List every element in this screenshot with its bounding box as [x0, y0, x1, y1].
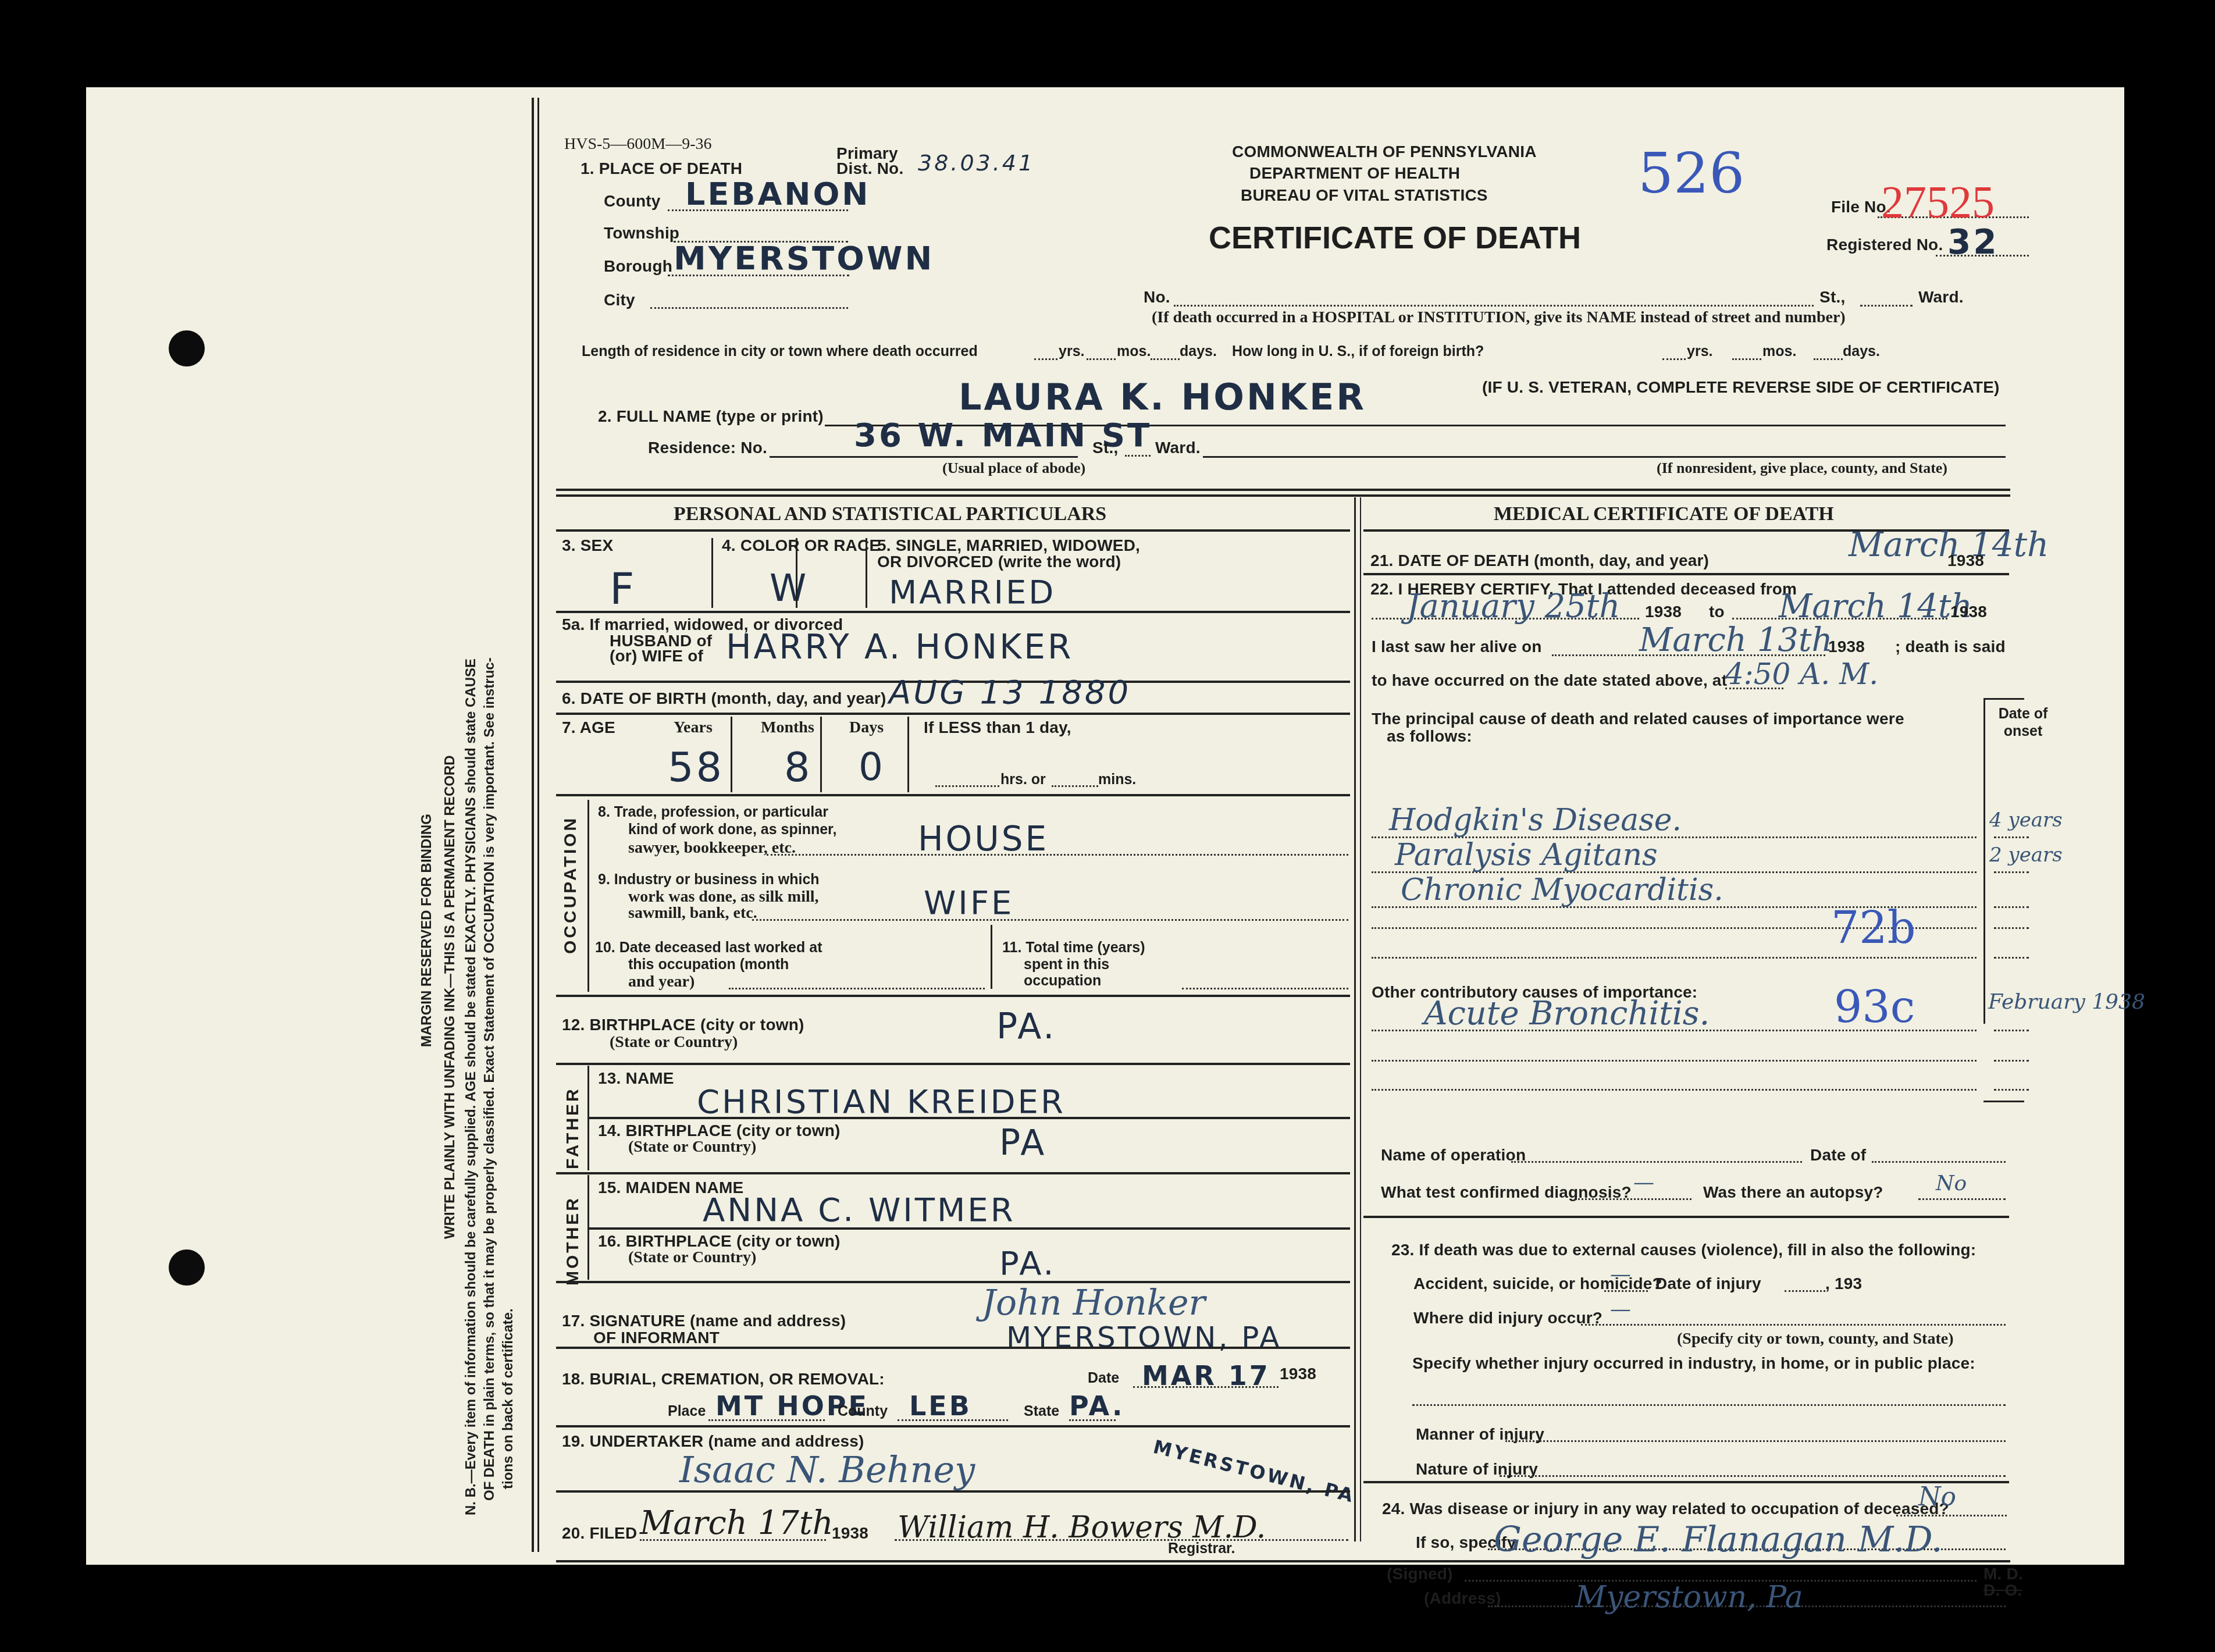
operation-label: Name of operation: [1381, 1146, 1526, 1165]
county-label: County: [604, 192, 661, 211]
where-injury-line: [1581, 1324, 2006, 1326]
rule-lastworked-totaltime: [991, 925, 992, 989]
binding-hole-bottom: [169, 1249, 205, 1286]
industry-value: WIFE: [924, 884, 1014, 922]
autopsy-line: [1918, 1198, 2006, 1200]
rule-after-dob: [556, 713, 1350, 715]
burial-county-label: County: [838, 1403, 888, 1420]
margin-nb-line2: OF DEATH in plain terms, so that it may …: [482, 657, 498, 1501]
margin-binding-note: MARGIN RESERVED FOR BINDING: [419, 814, 435, 1047]
cause-onset: 2 years: [1989, 843, 2063, 867]
mother-birthplace-value: PA.: [999, 1245, 1056, 1283]
nonresident-note: (If nonresident, give place, county, and…: [1657, 460, 1947, 477]
dist-no-value: 38.03.41: [918, 150, 1035, 176]
burial-label: 18. BURIAL, CREMATION, OR REMOVAL:: [562, 1370, 885, 1388]
onset-column-top: [1983, 698, 2024, 700]
section-double-rule-1: [556, 489, 2010, 491]
test-value: —: [1633, 1170, 1654, 1194]
last-saw-year: 1938: [1828, 638, 1865, 656]
township-label: Township: [604, 224, 679, 243]
section-double-rule-2: [556, 494, 2010, 497]
address-no-line: [1174, 305, 1814, 307]
cause-label-2: as follows:: [1387, 727, 1472, 746]
signed-label: (Signed): [1387, 1565, 1453, 1583]
rule-after-birthplace: [556, 1063, 1350, 1065]
address-ward-label: Ward.: [1918, 288, 1964, 307]
last-worked-label-2: this occupation (month: [628, 956, 789, 973]
us-mos-line: [1732, 358, 1761, 360]
address-no-label: No.: [1144, 288, 1170, 307]
onset-label: Date of onset: [1997, 705, 2049, 740]
mother-birthplace-label-2: (State or Country): [628, 1248, 756, 1267]
informant-label-2: OF INFORMANT: [593, 1329, 720, 1347]
external-causes-label: 23. If death was due to external causes …: [1391, 1241, 1976, 1259]
res-days-line: [1151, 358, 1180, 360]
registered-no-label: Registered No.: [1826, 236, 1943, 254]
onset-line-4: [1994, 927, 2029, 929]
injury-date-label: Date of injury: [1655, 1274, 1761, 1293]
other-onset-line-1: [1994, 1030, 2029, 1031]
address-st-label: St.,: [1819, 288, 1845, 307]
us-days-label: days.: [1843, 343, 1880, 360]
margin-ink-note: WRITE PLAINLY WITH UNFADING INK—THIS IS …: [442, 755, 458, 1239]
autopsy-label: Was there an autopsy?: [1703, 1183, 1883, 1202]
occurred-label: to have occurred on the date stated abov…: [1372, 671, 1727, 690]
res-mos-line: [1087, 358, 1116, 360]
undertaker-address: MYERSTOWN, PA: [1151, 1436, 1358, 1507]
death-year: 1938: [1947, 551, 1984, 570]
onset-column-rule: [1983, 698, 1985, 1024]
filed-value: March 17th: [640, 1504, 834, 1542]
informant-signature: John Honker: [982, 1283, 1205, 1323]
filed-year: 1938: [832, 1524, 868, 1543]
center-divider: [1354, 497, 1356, 1541]
injury-place-line: [1412, 1404, 2006, 1406]
industry-label-3: sawmill, bank, etc.: [628, 904, 757, 923]
birthplace-label-1: 12. BIRTHPLACE (city or town): [562, 1016, 804, 1034]
county-value: LEBANON: [685, 176, 871, 212]
binding-hole-top: [169, 330, 205, 366]
burial-place-label: Place: [668, 1403, 706, 1420]
less-than-day-label: If LESS than 1 day,: [924, 718, 1071, 737]
months-value: 8: [784, 743, 813, 791]
abode-note: (Usual place of abode): [942, 460, 1085, 477]
margin-rule-2: [537, 98, 539, 1552]
father-birthplace-label-2: (State or Country): [628, 1138, 756, 1156]
race-value: W: [770, 567, 809, 610]
personal-section-title: PERSONAL AND STATISTICAL PARTICULARS: [674, 503, 1106, 525]
rule-race-marital: [796, 538, 797, 608]
mins-line: [1052, 785, 1098, 787]
last-saw-value: March 13th: [1639, 621, 1833, 659]
registered-no-value: 32: [1947, 222, 1999, 262]
agency-line2: DEPARTMENT OF HEALTH: [1249, 164, 1460, 183]
hospital-note: (If death occurred in a HOSPITAL or INST…: [1152, 308, 1846, 327]
cause-label-1: The principal cause of death and related…: [1372, 710, 1904, 728]
burial-county-value: LEB: [909, 1390, 972, 1422]
header-title: CERTIFICATE OF DEATH: [1209, 220, 1581, 256]
rule-after-age: [556, 794, 1350, 796]
burial-year: 1938: [1280, 1365, 1316, 1383]
us-mos-label: mos.: [1762, 343, 1796, 360]
hrs-line: [935, 785, 999, 787]
rule-after-burial: [556, 1425, 1350, 1427]
rule-after-occupation: [556, 995, 1350, 997]
total-time-label-1: 11. Total time (years): [1002, 939, 1145, 956]
father-side-label: FATHER: [563, 1087, 583, 1169]
accident-line: [1604, 1290, 1648, 1292]
other-onset-value: February 1938: [1988, 990, 2145, 1014]
attended-to-year: 1938: [1950, 603, 1987, 621]
industry-line: [752, 919, 1348, 921]
other-line-1: [1372, 1030, 1977, 1031]
us-yrs-line: [1662, 358, 1686, 360]
dob-value: AUG 13 1880: [889, 674, 1131, 711]
last-worked-label-1: 10. Date deceased last worked at: [595, 939, 822, 956]
burial-state-value: PA.: [1069, 1390, 1124, 1422]
us-yrs-label: yrs.: [1687, 343, 1712, 360]
injury-year: , 193: [1825, 1274, 1862, 1293]
rule-years-months: [731, 717, 732, 792]
last-worked-label-3: and year): [628, 973, 695, 991]
margin-nb-line3: tions on back of certificate.: [500, 1308, 517, 1489]
form-code: HVS-5—600M—9-36: [564, 135, 712, 154]
rule-after-father: [556, 1172, 1350, 1174]
birthplace-value: PA.: [996, 1006, 1056, 1047]
mother-name-value: ANNA C. WITMER: [703, 1191, 1016, 1229]
full-name-label: 2. FULL NAME (type or print): [598, 407, 824, 426]
registrar-label: Registrar.: [1168, 1540, 1235, 1557]
age-label: 7. AGE: [562, 718, 615, 737]
total-time-label-3: occupation: [1024, 973, 1101, 989]
residence-line: [770, 456, 1078, 458]
foreign-birth-label: How long in U. S., if of foreign birth?: [1232, 343, 1484, 360]
residence-ward-value-line: [1203, 456, 2006, 458]
veteran-note: (IF U. S. VETERAN, COMPLETE REVERSE SIDE…: [1482, 378, 2000, 397]
rule-after-death-date: [1363, 573, 2009, 575]
time-value: 4:50 A. M.: [1725, 657, 1878, 691]
marital-value: MARRIED: [889, 574, 1056, 611]
center-divider-2: [1360, 497, 1361, 1541]
onset-line: [1994, 906, 2029, 908]
death-said-label: ; death is said: [1895, 638, 2006, 656]
cause-text: Paralysis Agitans: [1395, 838, 1658, 873]
rule-mother-mid: [587, 1227, 1350, 1230]
rule-after-mother: [556, 1281, 1350, 1283]
spouse-value: HARRY A. HONKER: [726, 627, 1073, 667]
agency-line1: COMMONWEALTH OF PENNSYLVANIA: [1232, 143, 1537, 161]
spouse-label-3: (or) WIFE of: [610, 647, 703, 665]
onset-line-5: [1994, 957, 2029, 959]
address-ward-line: [1860, 305, 1913, 307]
rule-after-sex: [556, 611, 1350, 613]
dob-label: 6. DATE OF BIRTH (month, day, and year): [562, 689, 886, 708]
hrs-label: hrs. or: [1000, 771, 1046, 788]
death-date-label: 21. DATE OF DEATH (month, day, and year): [1370, 551, 1709, 570]
father-name-label: 13. NAME: [598, 1069, 674, 1088]
borough-value: MYERSTOWN: [674, 240, 934, 277]
rule-personal-top: [556, 529, 1350, 532]
other-onset-line-2: [1994, 1060, 2029, 1062]
full-name-value: LAURA K. HONKER: [959, 376, 1366, 418]
city-line: [650, 307, 848, 309]
cause-line-5: [1372, 957, 1977, 959]
cause-text: Hodgkin's Disease.: [1389, 803, 1682, 838]
filed-label: 20. FILED: [562, 1524, 637, 1543]
onset-line: [1994, 836, 2029, 838]
autopsy-value: No: [1936, 1172, 1967, 1195]
years-label: Years: [674, 718, 713, 737]
cause-code-2: 93c: [1834, 981, 1915, 1032]
manner-line: [1505, 1440, 2006, 1442]
specify-note: (Specify city or town, county, and State…: [1677, 1330, 1953, 1348]
city-label: City: [604, 291, 635, 309]
rule-months-days: [820, 717, 822, 792]
attended-from-year: 1938: [1645, 603, 1682, 621]
operation-date-line: [1872, 1161, 2006, 1163]
marital-label-2: OR DIVORCED (write the word): [877, 553, 1121, 571]
father-birthplace-value: PA: [999, 1123, 1046, 1163]
res-days-label: days.: [1180, 343, 1217, 360]
physician-address: Myerstown, Pa: [1575, 1580, 1803, 1615]
total-time-label-2: spent in this: [1024, 956, 1109, 973]
other-line-3: [1372, 1089, 1977, 1091]
margin-rule: [532, 98, 534, 1552]
rule-after-informant: [556, 1347, 1350, 1349]
res-yrs-line: [1034, 358, 1057, 360]
margin-nb-line1: N. B.—Every item of information should b…: [463, 658, 479, 1515]
nature-line: [1500, 1475, 2006, 1477]
burial-date-value: MAR 17: [1142, 1360, 1270, 1391]
occupation-side-label: OCCUPATION: [561, 816, 581, 954]
medical-section-title: MEDICAL CERTIFICATE OF DEATH: [1494, 503, 1834, 525]
rule-father-mid: [587, 1117, 1350, 1119]
sex-value: F: [610, 564, 637, 614]
accident-value: —: [1610, 1262, 1631, 1286]
rule-bottom: [556, 1560, 2010, 1562]
trade-line: [767, 854, 1348, 856]
informant-label-1: 17. SIGNATURE (name and address): [562, 1312, 846, 1330]
undertaker-signature: Isaac N. Behney: [679, 1448, 975, 1491]
other-line-2: [1372, 1060, 1977, 1062]
res-yrs-label: yrs.: [1059, 343, 1084, 360]
informant-address: MYERSTOWN, PA: [1006, 1320, 1281, 1354]
rule-after-autopsy: [1363, 1216, 2009, 1218]
rule-after-undertaker: [556, 1490, 1350, 1493]
occupation-related-value: No: [1918, 1482, 1956, 1512]
where-injury-value: —: [1610, 1297, 1631, 1321]
birthplace-label-2: (State or Country): [610, 1033, 738, 1052]
industry-label-1: 9. Industry or business in which: [598, 871, 820, 888]
cause-onset: 4 years: [1989, 809, 2063, 832]
residence-length-label: Length of residence in city or town wher…: [582, 343, 978, 360]
sex-label: 3. SEX: [562, 536, 613, 555]
res-mos-label: mos.: [1117, 343, 1151, 360]
total-time-line: [1182, 988, 1348, 989]
mins-label: mins.: [1098, 771, 1136, 788]
trade-value: HOUSE: [918, 819, 1049, 859]
injury-date-line: [1785, 1290, 1825, 1292]
cause-code-1: 72b: [1831, 902, 1915, 953]
occupation-bracket: [587, 800, 589, 992]
cause-text: Chronic Myocarditis.: [1401, 873, 1723, 907]
months-label: Months: [761, 718, 814, 737]
residence-ward-label: Ward.: [1155, 439, 1201, 457]
us-days-line: [1814, 358, 1843, 360]
occupation-related-line: [1896, 1515, 2007, 1516]
occupation-related-label: 24. Was disease or injury in any way rel…: [1382, 1500, 1949, 1518]
attended-to-value: March 14th: [1779, 588, 1972, 625]
trade-label-1: 8. Trade, profession, or particular: [598, 804, 828, 821]
years-value: 58: [668, 743, 724, 791]
residence-st-label: St.,: [1092, 439, 1118, 457]
physician-signature: George E. Flanagan M.D.: [1494, 1519, 1943, 1560]
stamp-number: 526: [1638, 141, 1744, 206]
attended-to-label: to: [1709, 603, 1725, 621]
last-saw-label: I last saw her alive on: [1372, 638, 1542, 656]
do-label: D. O.: [1983, 1581, 2022, 1600]
injury-place-label: Specify whether injury occurred in indus…: [1412, 1354, 1975, 1373]
file-no-value: 27525: [1881, 176, 1995, 228]
trade-label-2: kind of work done, as spinner,: [628, 821, 836, 838]
registrar-signature: William H. Bowers M.D.: [898, 1510, 1266, 1545]
operation-line: [1511, 1161, 1802, 1163]
other-onset-line-3: [1994, 1089, 2029, 1091]
onset-column-bottom: [1983, 1101, 2024, 1102]
rule-sex-race: [711, 538, 713, 608]
father-name-value: CHRISTIAN KREIDER: [697, 1083, 1066, 1121]
borough-label: Borough: [604, 257, 672, 276]
last-worked-line: [729, 988, 985, 989]
days-value: 0: [859, 745, 885, 789]
agency-line3: BUREAU OF VITAL STATISTICS: [1241, 186, 1488, 205]
residence-ward-line: [1125, 455, 1151, 457]
burial-date-label: Date: [1088, 1370, 1119, 1387]
attended-from-value: January 25th: [1406, 588, 1620, 625]
days-label: Days: [849, 718, 884, 737]
rule-days-less: [907, 717, 909, 792]
rule-race-marital-2: [866, 538, 867, 608]
onset-line: [1994, 871, 2029, 873]
rule-after-nature: [1363, 1481, 2009, 1483]
race-label: 4. COLOR OR RACE: [722, 536, 880, 555]
certificate-paper: MARGIN RESERVED FOR BINDING WRITE PLAINL…: [86, 87, 2124, 1565]
operation-date-label: Date of: [1810, 1146, 1866, 1165]
residence-label: Residence: No.: [648, 439, 767, 457]
burial-state-label: State: [1024, 1403, 1059, 1420]
mother-side-label: MOTHER: [563, 1196, 583, 1286]
where-injury-label: Where did injury occur?: [1413, 1309, 1603, 1327]
test-line: [1575, 1198, 1691, 1200]
other-cause-value: Acute Bronchitis.: [1424, 995, 1710, 1032]
